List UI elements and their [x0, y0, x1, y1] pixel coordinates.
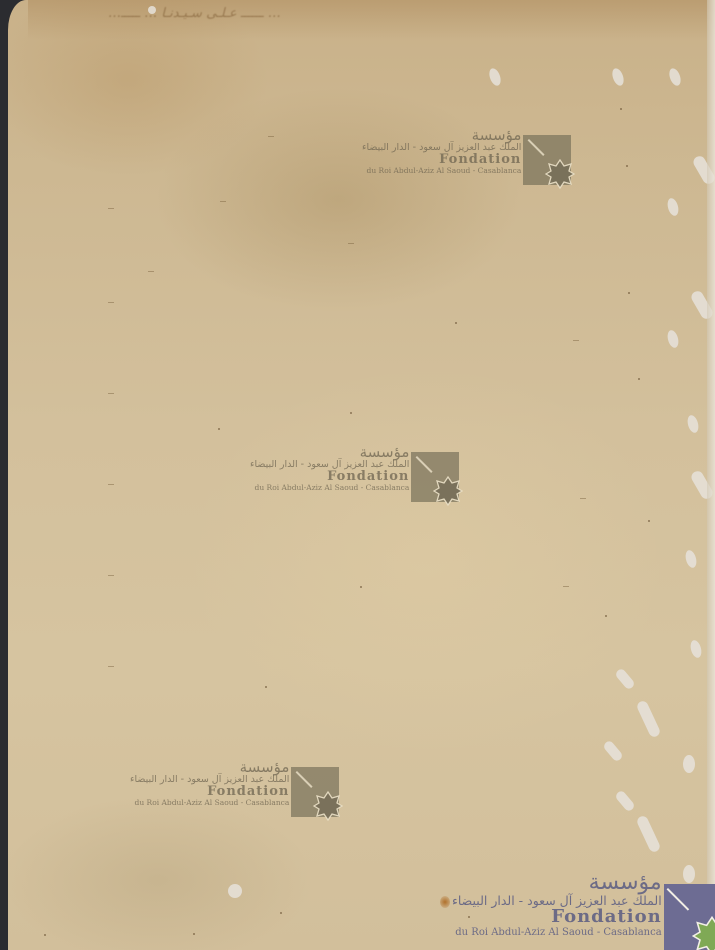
watermark-french-title: Fondation: [551, 908, 661, 927]
foundation-watermark: مؤسسة الملك عبد العزيز آل سعود - الدار ا…: [362, 128, 571, 185]
ruling-mark: [563, 586, 569, 587]
ink-speck: [44, 934, 46, 936]
ink-speck: [360, 586, 362, 588]
star-icon: [433, 476, 463, 506]
foundation-logo-icon: [411, 452, 459, 502]
ink-speck: [626, 165, 628, 167]
ink-speck: [628, 292, 630, 294]
watermark-french-subtitle: du Roi Abdul-Aziz Al Saoud - Casablanca: [135, 799, 290, 807]
worm-hole: [610, 67, 626, 87]
foundation-logo-icon: [523, 135, 571, 185]
foundation-logo-icon: [664, 884, 715, 950]
worm-hole: [614, 667, 636, 690]
ruling-mark: [108, 393, 114, 394]
star-icon: [545, 159, 575, 189]
ink-speck: [605, 615, 607, 617]
foundation-watermark: مؤسسة الملك عبد العزيز آل سعود - الدار ا…: [130, 760, 339, 817]
worm-hole: [635, 814, 661, 853]
ruling-mark: [580, 498, 586, 499]
ruling-mark: [220, 201, 226, 202]
foundation-logo-icon: [291, 767, 339, 817]
worm-hole: [635, 699, 661, 738]
ruling-mark: [268, 136, 274, 137]
ruling-mark: [108, 302, 114, 303]
watermark-text: مؤسسة الملك عبد العزيز آل سعود - الدار ا…: [250, 445, 409, 502]
ink-speck: [638, 378, 640, 380]
worm-hole: [666, 329, 680, 349]
page-right-edge: [707, 0, 715, 950]
ink-speck: [265, 686, 267, 688]
watermark-french-subtitle: du Roi Abdul-Aziz Al Saoud - Casablanca: [367, 167, 522, 175]
watermark-french-title: Fondation: [207, 785, 289, 799]
foundation-watermark: مؤسسة الملك عبد العزيز آل سعود - الدار ا…: [250, 445, 459, 502]
ink-speck: [620, 108, 622, 110]
watermark-french-title: Fondation: [439, 153, 521, 167]
worm-hole: [148, 6, 156, 14]
ink-speck: [455, 322, 457, 324]
watermark-french-subtitle: du Roi Abdul-Aziz Al Saoud - Casablanca: [455, 927, 661, 938]
worm-hole: [667, 67, 683, 87]
worm-hole: [689, 639, 703, 659]
star-icon: [313, 791, 343, 821]
ink-speck: [648, 520, 650, 522]
worm-hole: [228, 884, 242, 898]
ink-speck: [280, 912, 282, 914]
ink-speck: [350, 412, 352, 414]
top-margin-handwriting: …ــــــ عـلـى سـيـدنـا … ـــــ …: [108, 6, 668, 28]
worm-hole: [666, 197, 680, 217]
ruling-mark: [108, 484, 114, 485]
watermark-french-title: Fondation: [327, 470, 409, 484]
watermark-arabic-title: مؤسسة: [472, 128, 522, 143]
ink-speck: [193, 933, 195, 935]
watermark-text: مؤسسة الملك عبد العزيز آل سعود - الدار ا…: [362, 128, 521, 185]
worm-hole: [683, 755, 695, 773]
watermark-text: مؤسسة الملك عبد العزيز آل سعود - الدار ا…: [130, 760, 289, 817]
watermark-text: مؤسسة الملك عبد العزيز آل سعود - الدار ا…: [452, 872, 662, 950]
watermark-arabic-title: مؤسسة: [240, 760, 290, 775]
rust-stain: [440, 896, 450, 908]
ruling-mark: [573, 340, 579, 341]
ruling-mark: [108, 208, 114, 209]
ruling-mark: [108, 666, 114, 667]
ink-speck: [218, 428, 220, 430]
worm-hole: [487, 67, 503, 87]
watermark-arabic-title: مؤسسة: [360, 445, 410, 460]
worm-hole: [614, 789, 636, 812]
watermark-french-subtitle: du Roi Abdul-Aziz Al Saoud - Casablanca: [255, 484, 410, 492]
worm-hole: [602, 739, 624, 762]
ruling-mark: [108, 575, 114, 576]
watermark-arabic-title: مؤسسة: [589, 872, 662, 894]
foundation-logo-colored: مؤسسة الملك عبد العزيز آل سعود - الدار ا…: [452, 872, 715, 950]
ruling-mark: [348, 243, 354, 244]
ruling-mark: [148, 271, 154, 272]
star-icon: [692, 916, 715, 950]
worm-hole: [686, 414, 700, 434]
worm-hole: [684, 549, 698, 569]
